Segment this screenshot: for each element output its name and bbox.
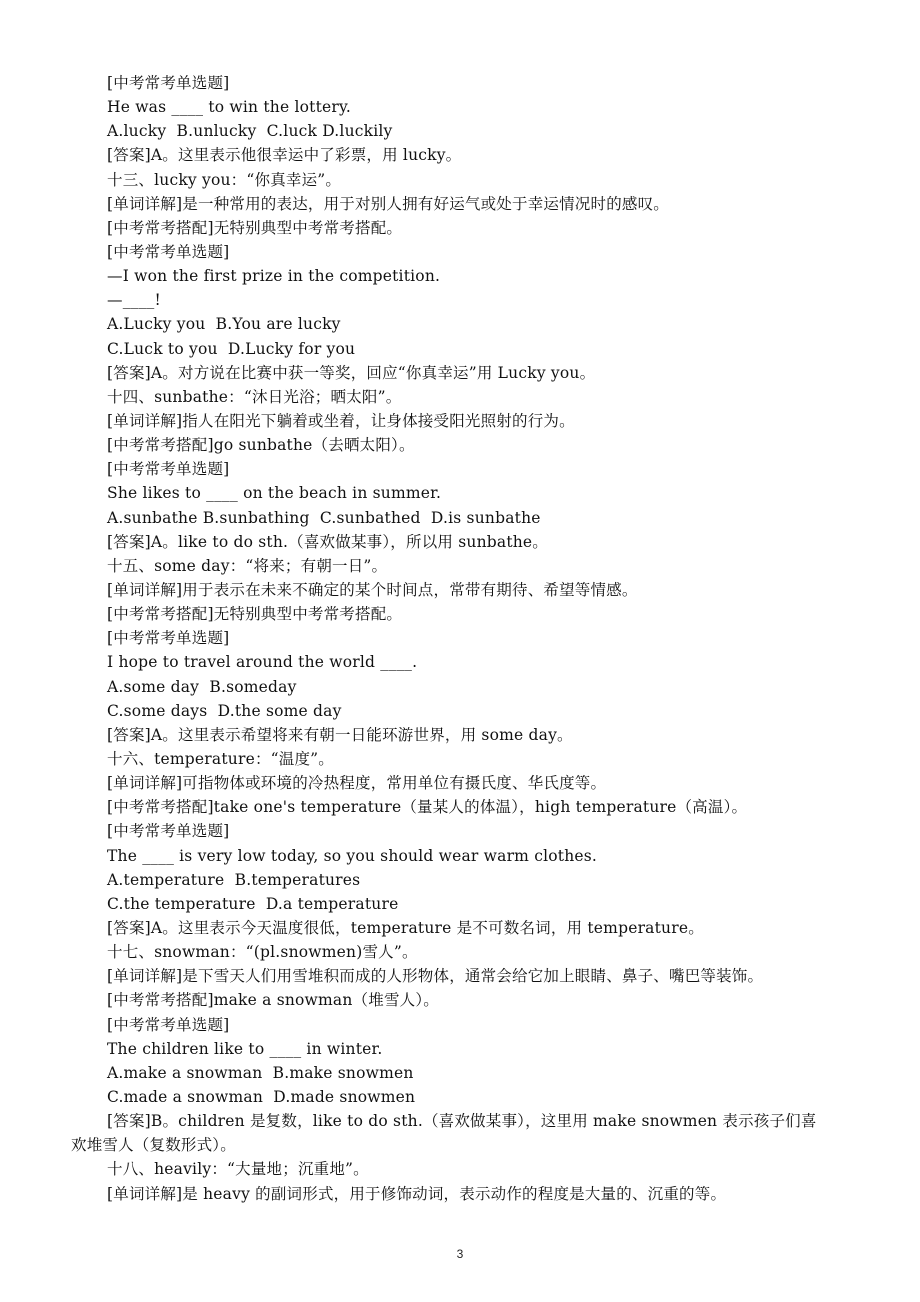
question-options: C.Luck to you D.Lucky for you (71, 337, 831, 361)
collocation-text: [中考常考搭配]无特别典型中考常考搭配。 (71, 602, 831, 626)
word-explanation: [单词详解]是下雪天人们用雪堆积而成的人形物体，通常会给它加上眼睛、鼻子、嘴巴等… (71, 964, 831, 988)
word-explanation: [单词详解]是一种常用的表达，用于对别人拥有好运气或处于幸运情况时的感叹。 (71, 192, 831, 216)
page-content: [中考常考单选题] He was ____ to win the lottery… (71, 71, 831, 1206)
page-number: 3 (0, 1247, 920, 1261)
section-label: [中考常考单选题] (71, 240, 831, 264)
question-text: He was ____ to win the lottery. (71, 95, 831, 119)
question-options: A.some day B.someday (71, 675, 831, 699)
vocab-heading: 十六、temperature：“温度”。 (71, 747, 831, 771)
section-label: [中考常考单选题] (71, 819, 831, 843)
question-text: —____! (71, 288, 831, 312)
collocation-text: [中考常考搭配]go sunbathe（去晒太阳）。 (71, 433, 831, 457)
vocab-heading: 十四、sunbathe：“沐日光浴；晒太阳”。 (71, 385, 831, 409)
question-text: The children like to ____ in winter. (71, 1037, 831, 1061)
word-explanation: [单词详解]是 heavy 的副词形式，用于修饰动词，表示动作的程度是大量的、沉… (71, 1182, 831, 1206)
collocation-text: [中考常考搭配]无特别典型中考常考搭配。 (71, 216, 831, 240)
question-options: C.some days D.the some day (71, 699, 831, 723)
answer-text: [答案]B。children 是复数，like to do sth.（喜欢做某事… (71, 1109, 831, 1157)
question-options: C.the temperature D.a temperature (71, 892, 831, 916)
question-options: A.sunbathe B.sunbathing C.sunbathed D.is… (71, 506, 831, 530)
vocab-heading: 十三、lucky you：“你真幸运”。 (71, 168, 831, 192)
answer-text: [答案]A。这里表示他很幸运中了彩票，用 lucky。 (71, 143, 831, 167)
question-text: The ____ is very low today, so you shoul… (71, 844, 831, 868)
answer-text: [答案]A。这里表示希望将来有朝一日能环游世界，用 some day。 (71, 723, 831, 747)
question-text: She likes to ____ on the beach in summer… (71, 481, 831, 505)
collocation-text: [中考常考搭配]take one's temperature（量某人的体温），h… (71, 795, 831, 819)
vocab-heading: 十七、snowman：“(pl.snowmen)雪人”。 (71, 940, 831, 964)
section-label: [中考常考单选题] (71, 1013, 831, 1037)
section-label: [中考常考单选题] (71, 626, 831, 650)
question-options: C.made a snowman D.made snowmen (71, 1085, 831, 1109)
word-explanation: [单词详解]用于表示在未来不确定的某个时间点，常带有期待、希望等情感。 (71, 578, 831, 602)
question-text: —I won the first prize in the competitio… (71, 264, 831, 288)
answer-text: [答案]A。对方说在比赛中获一等奖，回应“你真幸运”用 Lucky you。 (71, 361, 831, 385)
vocab-heading: 十八、heavily：“大量地；沉重地”。 (71, 1157, 831, 1181)
answer-text: [答案]A。like to do sth.（喜欢做某事），所以用 sunbath… (71, 530, 831, 554)
word-explanation: [单词详解]指人在阳光下躺着或坐着，让身体接受阳光照射的行为。 (71, 409, 831, 433)
question-options: A.Lucky you B.You are lucky (71, 312, 831, 336)
document-page: [中考常考单选题] He was ____ to win the lottery… (0, 0, 920, 1302)
question-options: A.temperature B.temperatures (71, 868, 831, 892)
section-label: [中考常考单选题] (71, 457, 831, 481)
section-label: [中考常考单选题] (71, 71, 831, 95)
answer-text: [答案]A。这里表示今天温度很低，temperature 是不可数名词，用 te… (71, 916, 831, 940)
question-text: I hope to travel around the world ____. (71, 650, 831, 674)
collocation-text: [中考常考搭配]make a snowman（堆雪人）。 (71, 988, 831, 1012)
question-options: A.lucky B.unlucky C.luck D.luckily (71, 119, 831, 143)
vocab-heading: 十五、some day：“将来；有朝一日”。 (71, 554, 831, 578)
word-explanation: [单词详解]可指物体或环境的冷热程度，常用单位有摄氏度、华氏度等。 (71, 771, 831, 795)
question-options: A.make a snowman B.make snowmen (71, 1061, 831, 1085)
